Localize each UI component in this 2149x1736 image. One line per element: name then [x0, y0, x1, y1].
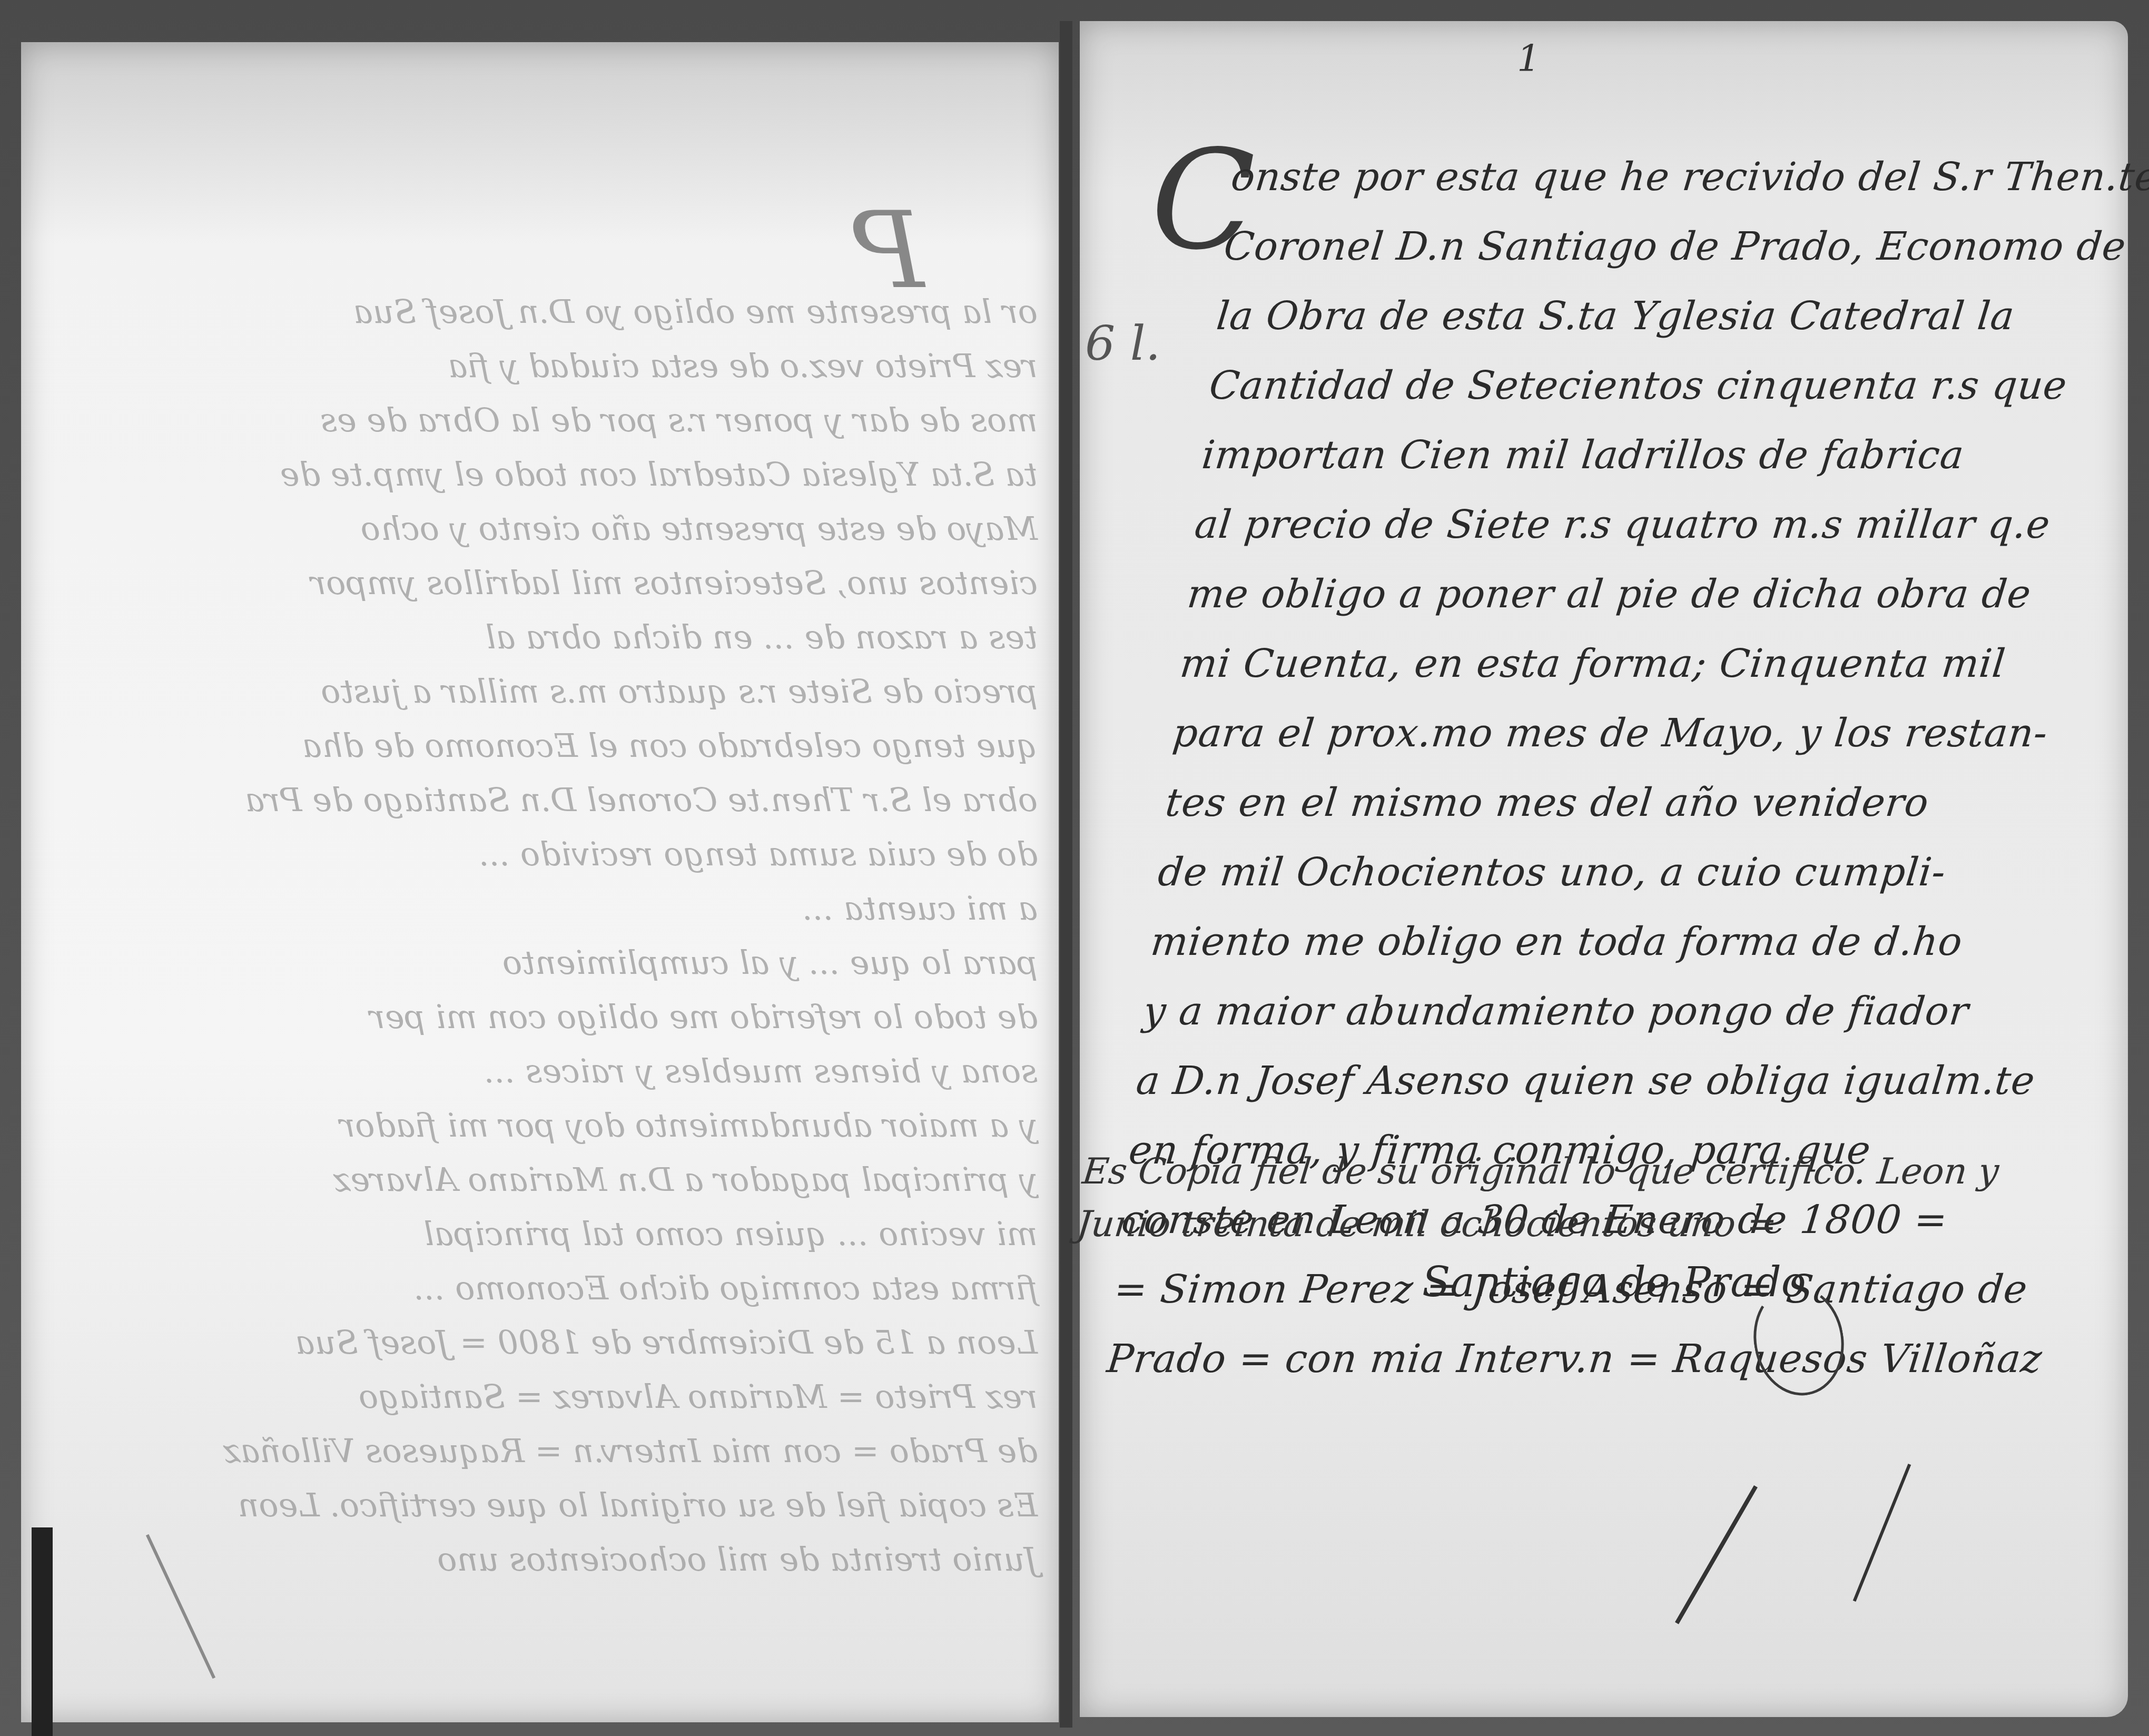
left-line: precio de Siete r.s quatro m.s millar a … — [248, 664, 1038, 718]
left-line: sona y bienes muebles y raices ... — [248, 1044, 1038, 1098]
signature: Santiago de Prado — [1422, 1259, 1806, 1306]
body-line: a D.n Josef Asenso quien se obliga igual… — [1133, 1046, 1888, 1116]
body-line: de mil Ochocientos uno, a cuio cumpli- — [1155, 837, 1910, 907]
left-line: mos de dar y poner r.s por de la Obra de… — [248, 393, 1038, 447]
body-line: y a maior abundamiento pongo de fiador — [1140, 976, 1896, 1046]
body-line: me obligo a poner al pie de dicha obra d… — [1184, 559, 1939, 629]
left-line: para lo que ... y al cumplimiento — [248, 935, 1038, 990]
left-line: de todo lo referido me obligo con mi per — [248, 990, 1038, 1044]
book-gutter — [1060, 21, 1072, 1728]
left-line: de Prado = con mia Interv.n = Raquesos V… — [248, 1424, 1038, 1478]
left-line: ta S.ta Yglesia Catedral con todo el ymp… — [248, 447, 1038, 501]
body-line: onste por esta que he recivido del S.r T… — [1228, 142, 1983, 212]
left-page-bleed-text: or la presente me obligo yo D.n Josef Su… — [248, 284, 1038, 1586]
left-line: obra el S.r Then.te Coronel D.n Santiago… — [248, 773, 1038, 827]
body-line: Cantidad de Setecientos cinquenta r.s qu… — [1206, 351, 1961, 420]
certification: Es Copia fiel de su original lo que cert… — [1074, 1146, 2086, 1251]
left-line: rez Prieto vez.o de esta ciudad y fia — [248, 339, 1038, 393]
body-line: miento me obligo en toda forma de d.ho — [1147, 907, 1902, 976]
body-line: al precio de Siete r.s quatro m.s millar… — [1191, 490, 1947, 559]
body-line: Coronel D.n Santiago de Prado, Economo d… — [1220, 212, 1976, 281]
left-line: y principal pagador a D.n Mariano Alvare… — [248, 1152, 1038, 1207]
body-line: importan Cien mil ladrillos de fabrica — [1198, 420, 1954, 490]
left-line: rez Prieto = Mariano Alvarez = Santiago — [248, 1369, 1038, 1424]
left-line: Leon a 15 de Diciembre de 1800 = Josef S… — [248, 1315, 1038, 1369]
certification-line: Junio treinta de mil ochocientos uno = — [1074, 1198, 2081, 1251]
left-line: cientos uno, Setecientos mil ladrillos y… — [248, 556, 1038, 610]
left-line: mi vecino ... quien como tal principal — [248, 1207, 1038, 1261]
left-line: Mayo de este presente año ciento y ocho — [248, 501, 1038, 556]
folio-number: 1 — [1517, 37, 1541, 80]
left-line: or la presente me obligo yo D.n Josef Su… — [248, 284, 1038, 339]
certification-line: Es Copia fiel de su original lo que cert… — [1080, 1146, 2086, 1198]
left-footer-line: Junio treinta de mil ochocientos uno — [248, 1532, 1038, 1586]
left-line: do de cuia suma tengo recivido ... — [248, 827, 1038, 881]
left-line: a mi cuenta ... — [248, 881, 1038, 935]
body-line: la Obra de esta S.ta Yglesia Catedral la — [1213, 281, 1968, 351]
body-line: tes en el mismo mes del año venidero — [1162, 768, 1917, 837]
binding-edge — [32, 1527, 53, 1736]
left-line: tes a razon de ... en dicha obra al — [248, 610, 1038, 664]
margin-note: 6 l. — [1085, 316, 1160, 371]
left-line: y a maior abundamiento doy por mi fiador — [248, 1098, 1038, 1152]
left-footer-line: Es copia fiel de su original lo que cert… — [248, 1478, 1038, 1532]
left-line: firma esta conmigo dicho Economo ... — [248, 1261, 1038, 1315]
body-line: Prado = con mia Interv.n = Raquesos Vill… — [1103, 1324, 1859, 1394]
left-line: que tengo celebrado con el Economo de dh… — [248, 718, 1038, 773]
body-line: mi Cuenta, en esta forma; Cinquenta mil — [1177, 629, 1932, 698]
body-line: para el prox.mo mes de Mayo, y los resta… — [1169, 698, 1925, 768]
